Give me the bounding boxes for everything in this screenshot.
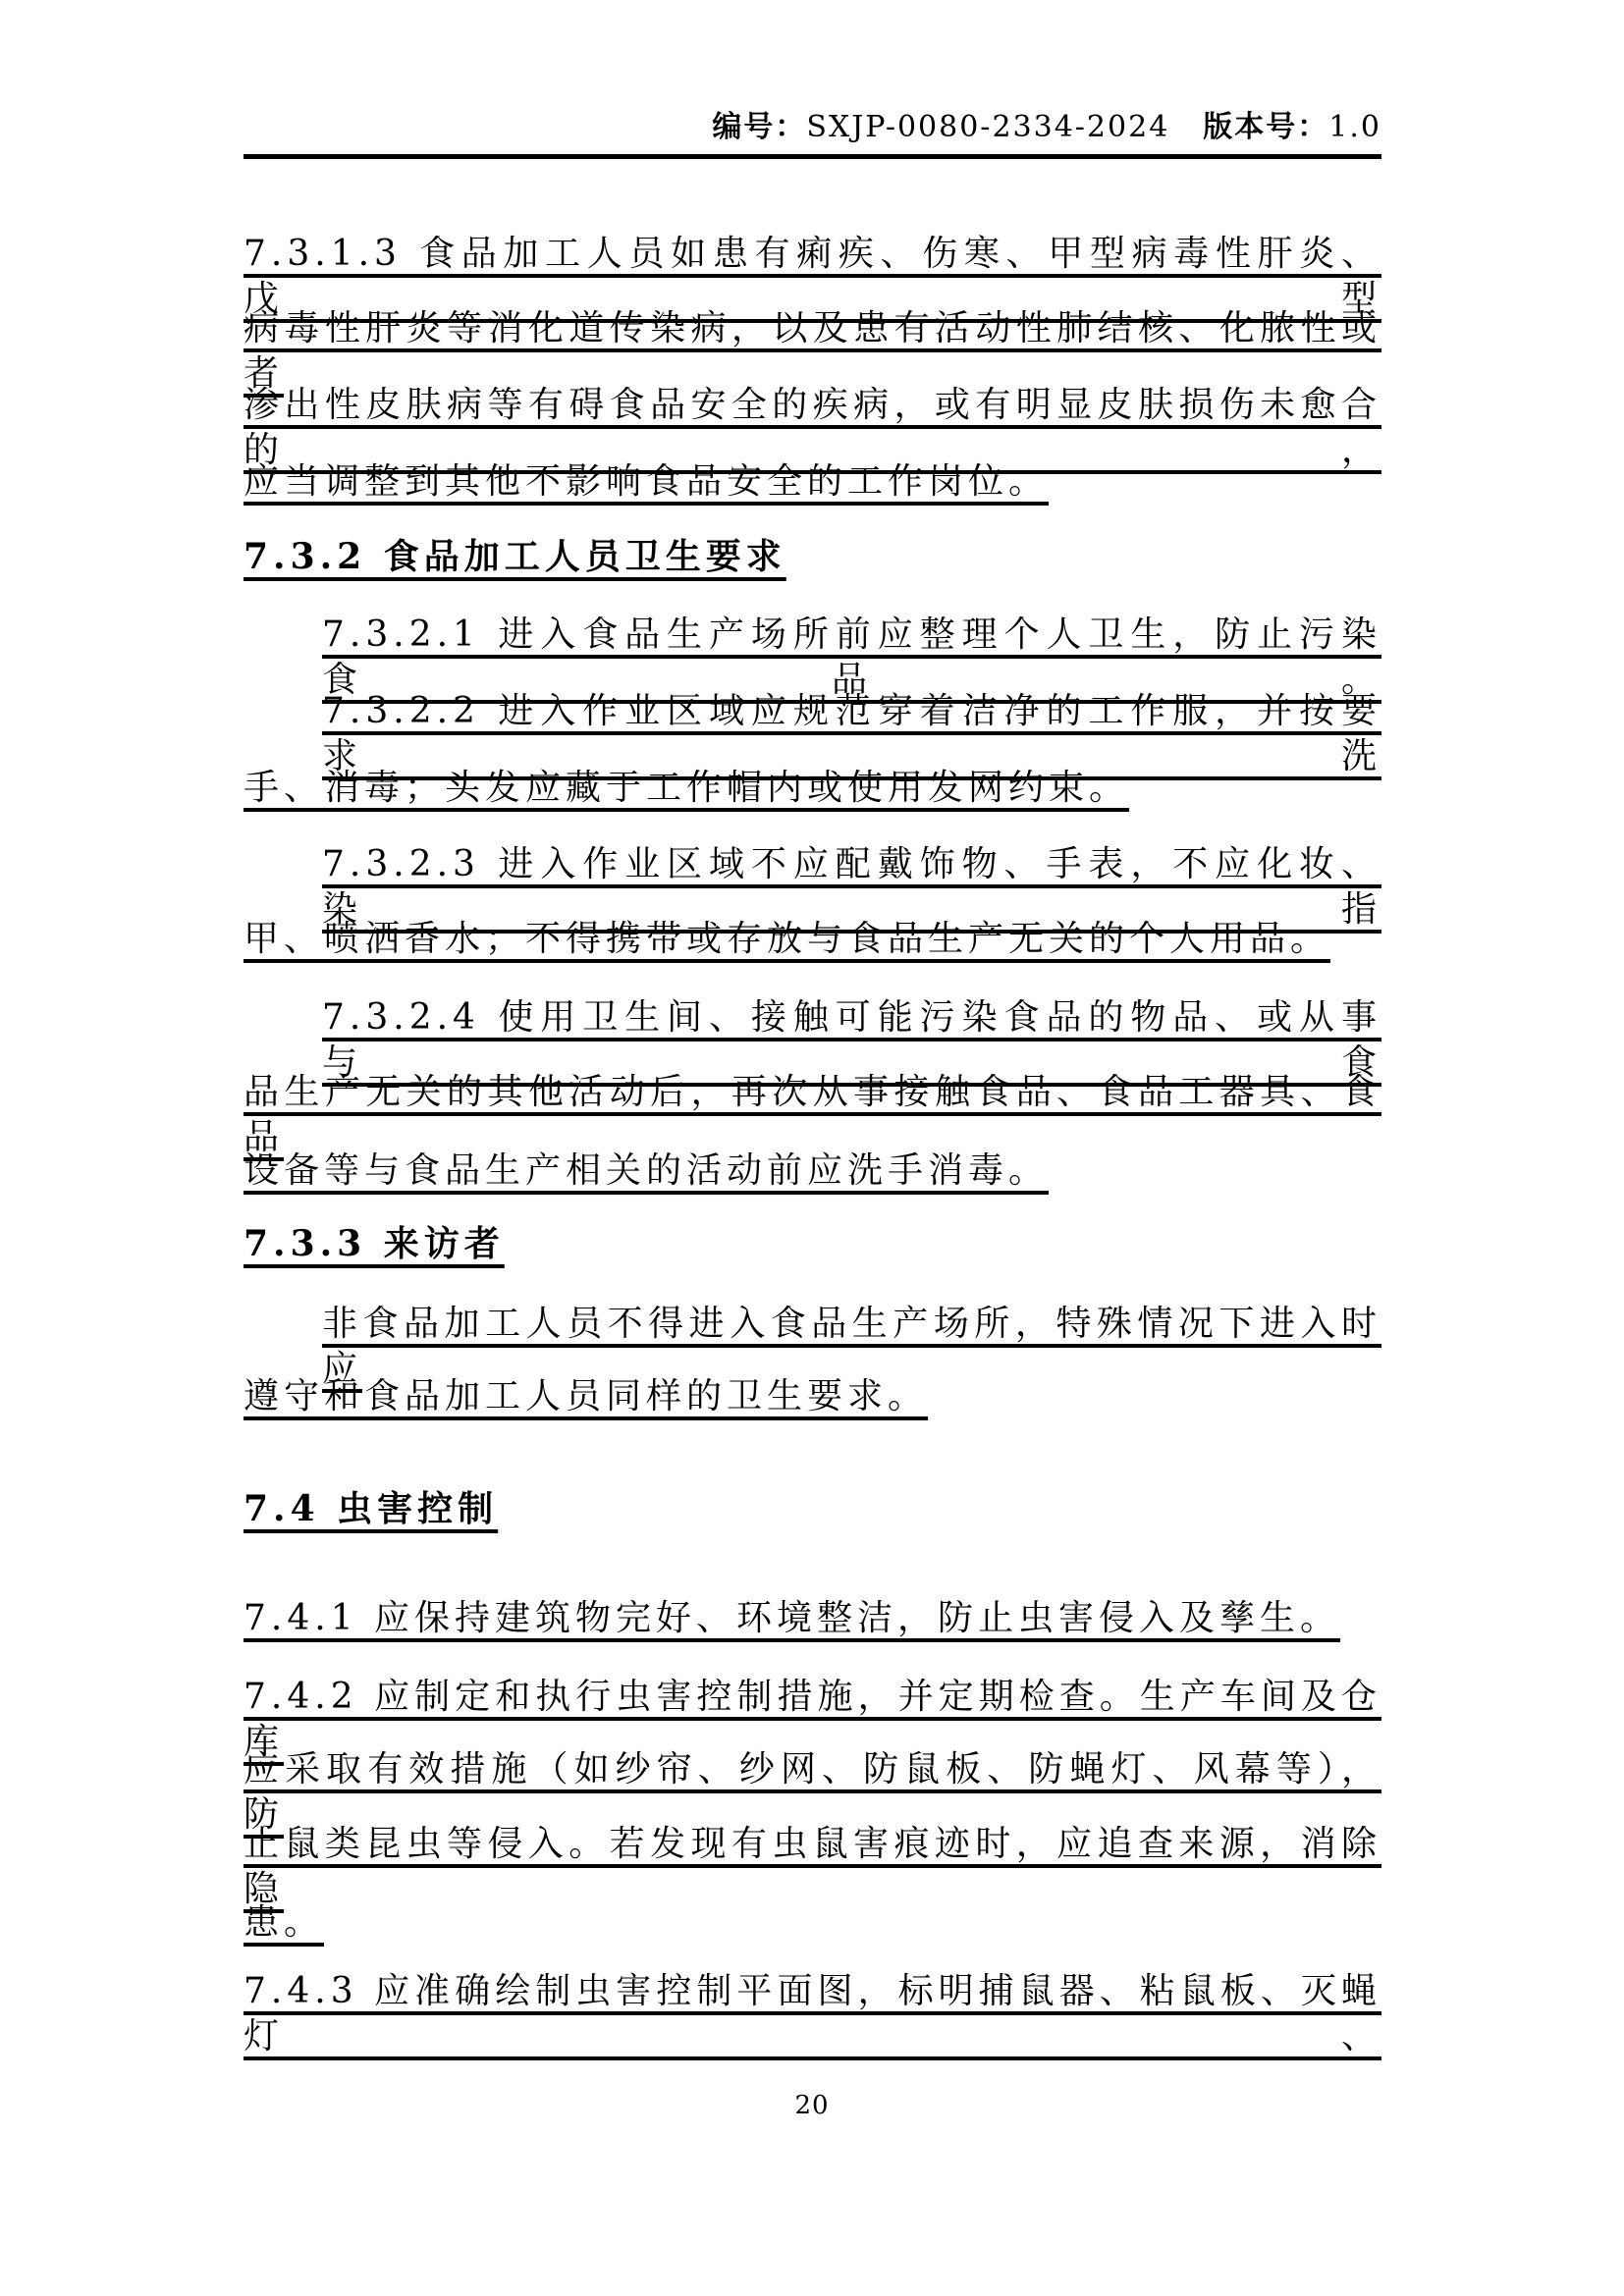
text-line-7-4-1: 7.4.1 应保持建筑物完好、环境整洁，防止虫害侵入及孳生。 [244,1596,1340,1641]
text-column: 7.3.1.3 食品加工人员如患有痢疾、伤寒、甲型病毒性肝炎、戊型 病毒性肝炎等… [244,0,1381,2296]
text-line-7-4-3: 7.4.3 应准确绘制虫害控制平面图，标明捕鼠器、粘鼠板、灭蝇灯、 [244,1969,1381,2059]
section-heading-7-3-3: 7.3.3 来访者 [244,1221,505,1266]
section-heading-7-4: 7.4 虫害控制 [244,1486,498,1531]
page-number: 20 [0,2091,1624,2120]
section-heading-7-3-2: 7.3.2 食品加工人员卫生要求 [244,534,786,579]
text-line: 止鼠类昆虫等侵入。若发现有虫鼠害痕迹时，应追查来源，消除隐 [244,1822,1381,1912]
text-line: 品生产无关的其他活动后，再次从事接触食品、食品工器具、食品 [244,1070,1381,1160]
text-line: 甲、喷洒香水；不得携带或存放与食品生产无关的个人用品。 [244,917,1330,962]
text-line: 患。 [244,1900,324,1946]
text-line: 遵守和食品加工人员同样的卫生要求。 [244,1374,928,1419]
text-line: 手、消毒；头发应藏于工作帽内或使用发网约束。 [244,766,1129,811]
document-page: 编号：SXJP-0080-2334-2024版本号：1.0 7.3.1.3 食品… [0,0,1624,2296]
text-line: 应当调整到其他不影响食品安全的工作岗位。 [244,459,1049,505]
text-line: 设备等与食品生产相关的活动前应洗手消毒。 [244,1148,1049,1194]
